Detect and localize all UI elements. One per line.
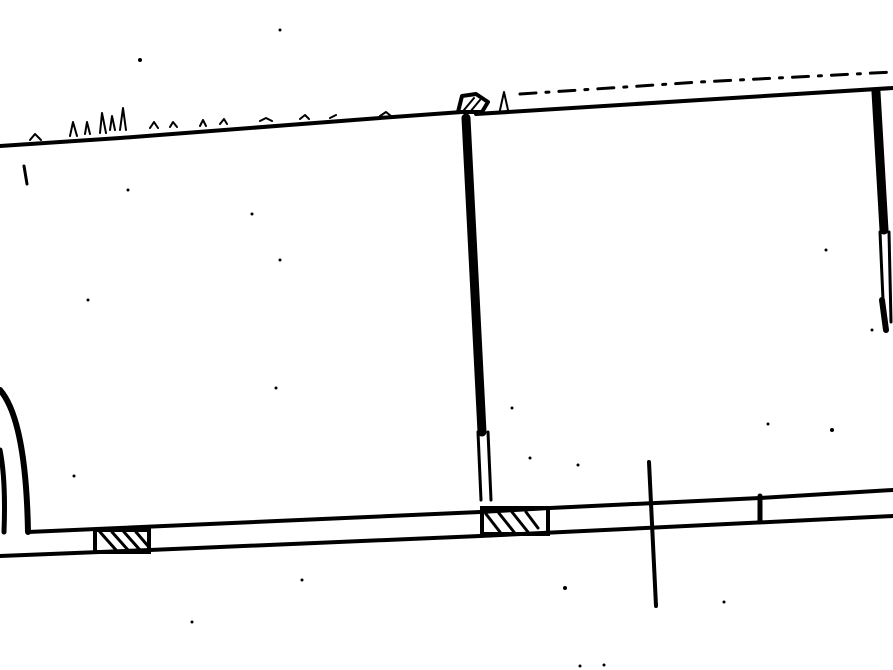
mark-1 [24,166,27,184]
partition-wall-center [466,118,491,500]
arch-opening [0,390,28,532]
scan-noise [73,29,874,668]
floor-plan-drawing [0,0,893,670]
north-wall-left [0,108,462,146]
partition-wall-right [876,92,891,330]
south-wall [0,490,893,556]
section-mark [649,462,656,606]
corner-hatch [458,92,508,112]
north-wall-right [476,72,893,114]
